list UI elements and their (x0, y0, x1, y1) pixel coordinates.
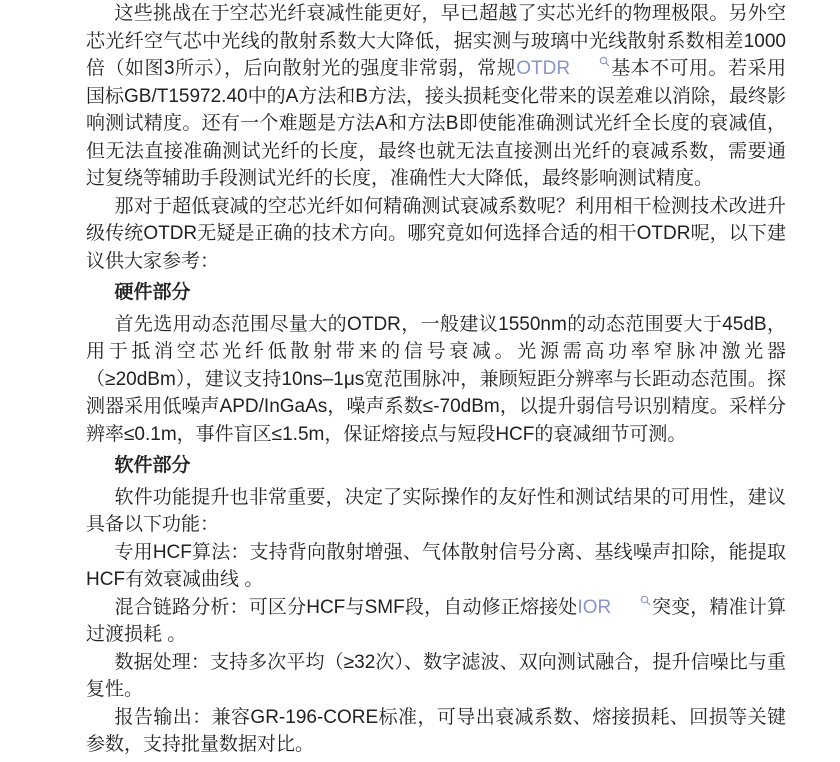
otdr-entity-link[interactable]: OTDR (516, 58, 570, 79)
paragraph: 软件功能提升也非常重要，决定了实际操作的友好性和测试结果的可用性，建议具备以下功… (86, 484, 786, 539)
paragraph-text: 混合链路分析：可区分HCF与SMF段，自动修正熔接处 (115, 597, 578, 618)
paragraph-text: 首先选用动态范围尽量大的OTDR，一般建议1550nm的动态范围要大于45dB，… (86, 314, 786, 445)
hardware-section-heading: 硬件部分 (86, 279, 786, 307)
paragraph: 报告输出：兼容GR-196-CORE标准，可导出衰减系数、熔接损耗、回损等关键参… (86, 704, 786, 759)
search-icon (570, 56, 610, 67)
paragraph: 专用HCF算法：支持背向散射增强、气体散射信号分离、基线噪声扣除，能提取HCF有… (86, 539, 786, 594)
article-body: 这些挑战在于空芯光纤衰减性能更好，早已超越了实芯光纤的物理极限。另外空芯光纤空气… (0, 0, 840, 759)
search-icon (611, 595, 651, 606)
paragraph: 数据处理：支持多次平均（≥32次）、数字滤波、双向测试融合，提升信噪比与重复性。 (86, 649, 786, 704)
paragraph-text: 那对于超低衰减的空芯光纤如何精确测试衰减系数呢？利用相干检测技术改进升级传统OT… (86, 196, 786, 272)
paragraph-text: 专用HCF算法：支持背向散射增强、气体散射信号分离、基线噪声扣除，能提取HCF有… (86, 542, 786, 591)
software-section-heading: 软件部分 (86, 452, 786, 480)
paragraph: 混合链路分析：可区分HCF与SMF段，自动修正熔接处IOR突变，精准计算过渡损耗… (86, 594, 786, 649)
paragraph: 这些挑战在于空芯光纤衰减性能更好，早已超越了实芯光纤的物理极限。另外空芯光纤空气… (86, 0, 786, 193)
paragraph: 首先选用动态范围尽量大的OTDR，一般建议1550nm的动态范围要大于45dB，… (86, 311, 786, 449)
paragraph: 那对于超低衰减的空芯光纤如何精确测试衰减系数呢？利用相干检测技术改进升级传统OT… (86, 193, 786, 276)
paragraph-text: 报告输出：兼容GR-196-CORE标准，可导出衰减系数、熔接损耗、回损等关键参… (86, 707, 786, 756)
ior-entity-link[interactable]: IOR (577, 597, 611, 618)
paragraph-text: 数据处理：支持多次平均（≥32次）、数字滤波、双向测试融合，提升信噪比与重复性。 (86, 652, 786, 701)
paragraph-text: 软件功能提升也非常重要，决定了实际操作的友好性和测试结果的可用性，建议具备以下功… (86, 487, 786, 536)
